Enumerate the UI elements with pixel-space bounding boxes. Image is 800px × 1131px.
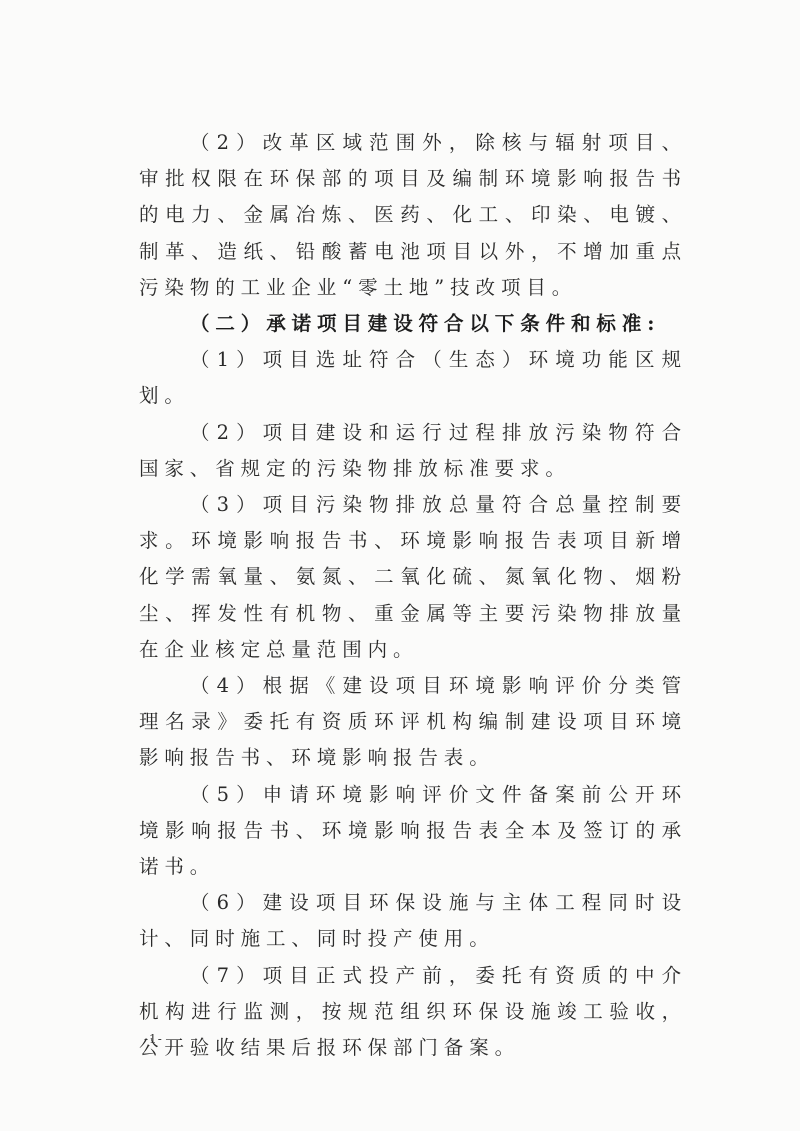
paragraph-condition-1: （1）项目选址符合（生态）环境功能区规划。 — [139, 342, 687, 414]
paragraph-condition-7: （7）项目正式投产前，委托有资质的中介机构进行监测，按规范组织环保设施竣工验收，… — [139, 958, 687, 1067]
paragraph-condition-2: （2）项目建设和运行过程排放污染物符合国家、省规定的污染物排放标准要求。 — [139, 415, 687, 487]
paragraph-condition-6: （6）建设项目环保设施与主体工程同时设计、同时施工、同时投产使用。 — [139, 885, 687, 957]
paragraph-condition-5: （5）申请环境影响评价文件备案前公开环境影响报告书、环境影响报告表全本及签订的承… — [139, 777, 687, 886]
document-body: （2）改革区域范围外，除核与辐射项目、审批权限在环保部的项目及编制环境影响报告书… — [139, 125, 687, 1066]
page-number: -1- — [144, 1032, 163, 1046]
section-heading-commitment-conditions: （二）承诺项目建设符合以下条件和标准: — [139, 306, 687, 342]
paragraph-item-2-scope: （2）改革区域范围外，除核与辐射项目、审批权限在环保部的项目及编制环境影响报告书… — [139, 125, 687, 306]
paragraph-condition-3: （3）项目污染物排放总量符合总量控制要求。环境影响报告书、环境影响报告表项目新增… — [139, 487, 687, 668]
paragraph-condition-4: （4）根据《建设项目环境影响评价分类管理名录》委托有资质环评机构编制建设项目环境… — [139, 668, 687, 777]
